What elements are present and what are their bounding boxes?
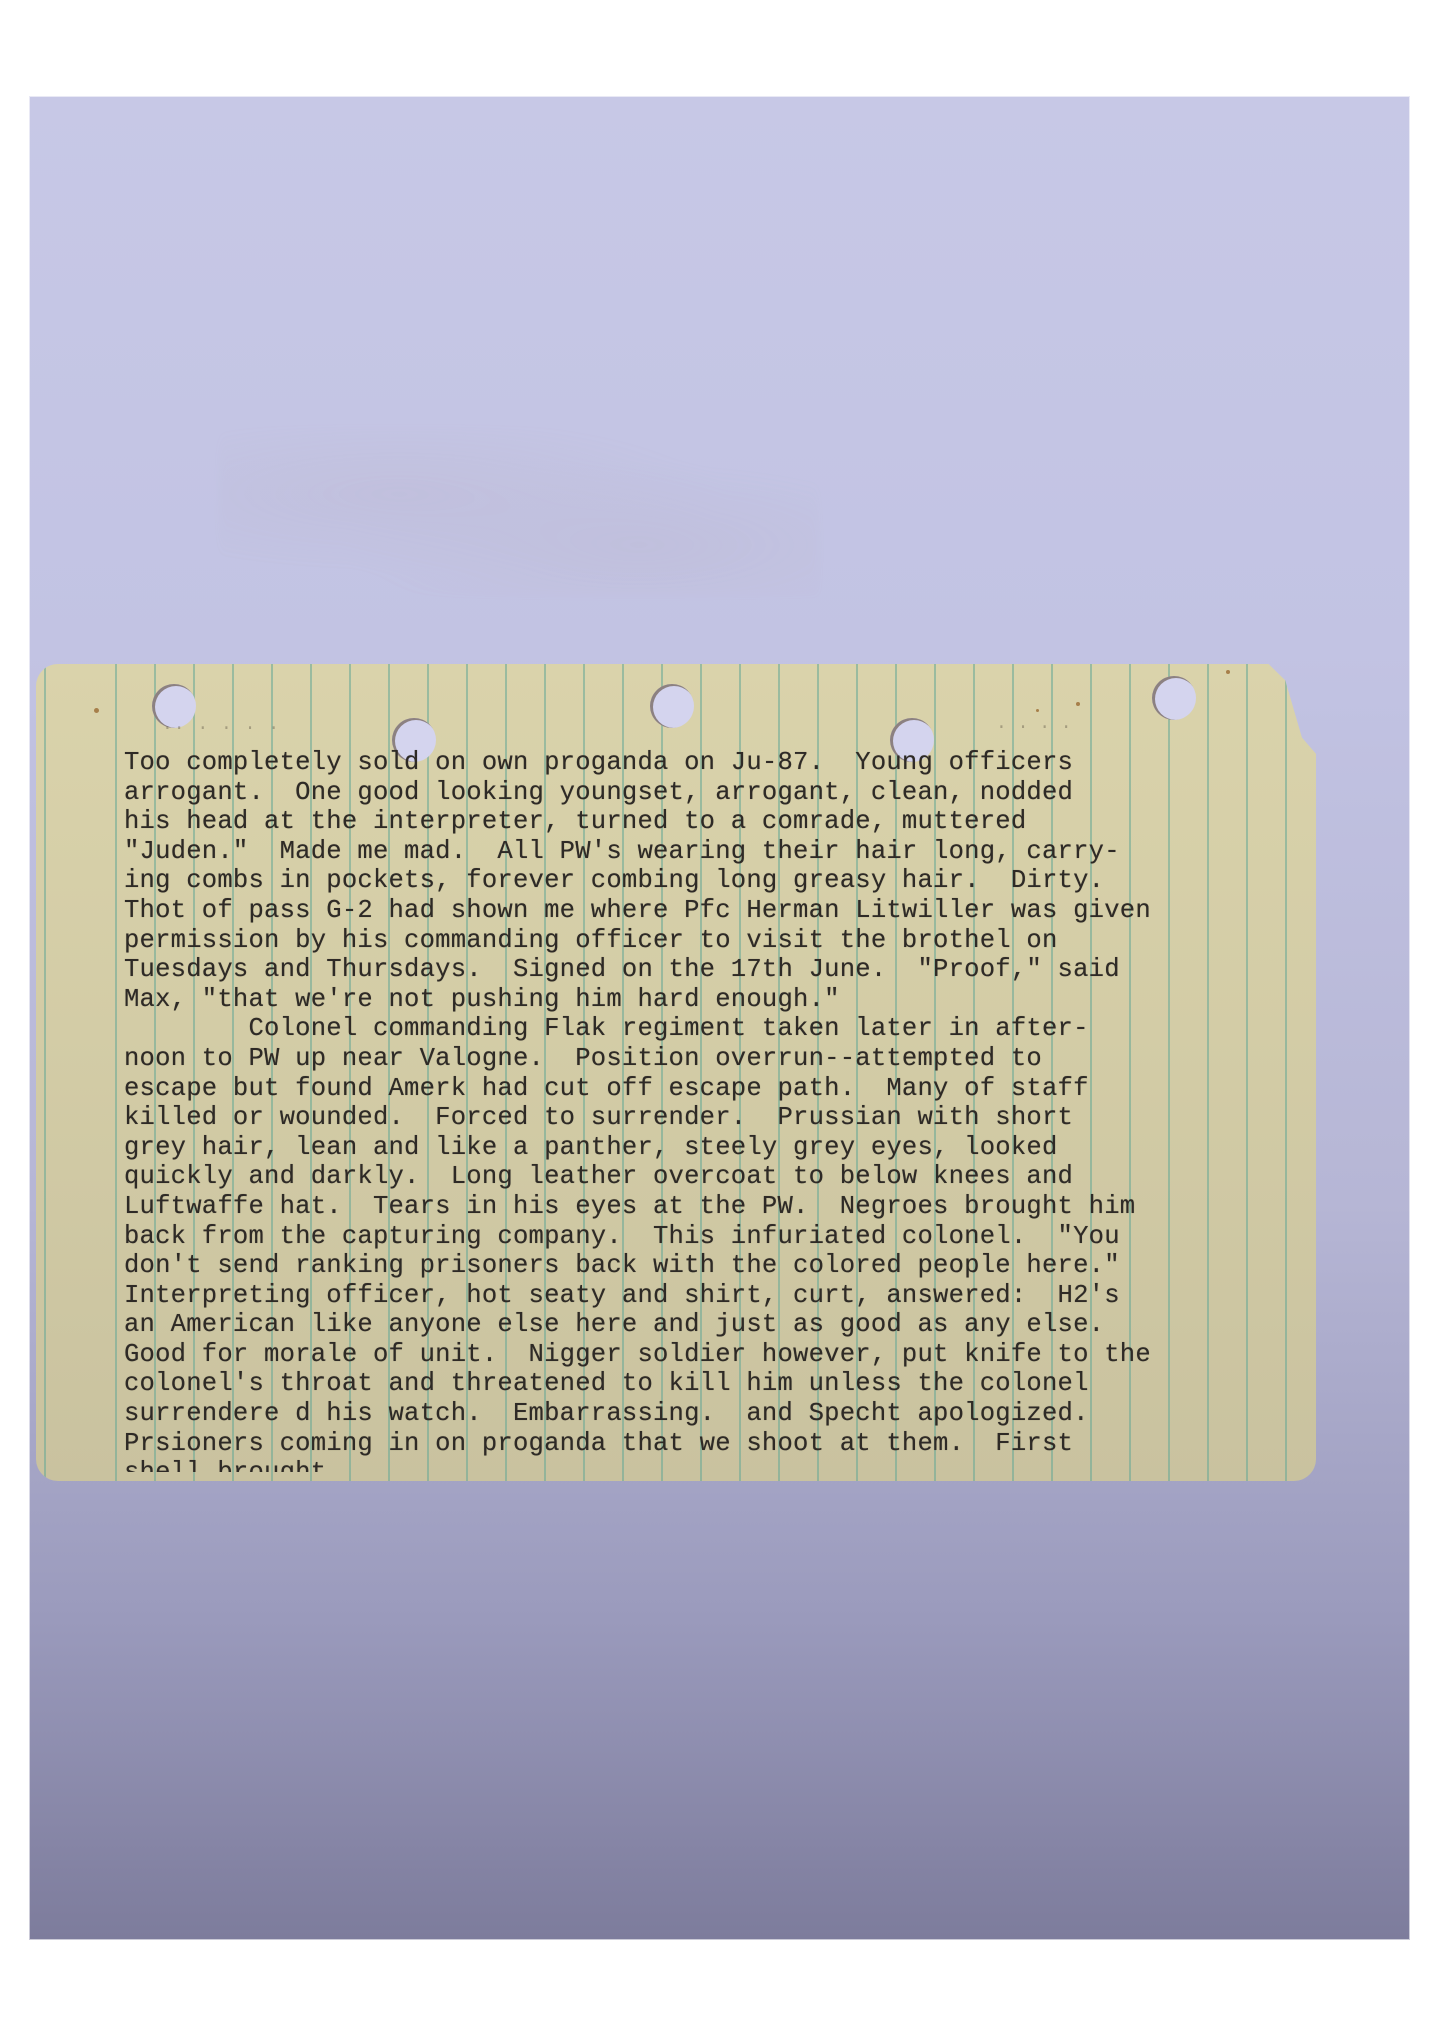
text-line: Colonel commanding Flak regiment taken l…	[124, 1014, 1316, 1044]
text-line: ing combs in pockets, forever combing lo…	[124, 866, 1316, 896]
photo-backdrop: ·· · · · · · · · · Too completely sold o…	[29, 96, 1410, 1940]
faint-heading: ·· · · · ·	[162, 719, 280, 739]
text-line: Prsioners coming in on proganda that we …	[124, 1429, 1316, 1459]
text-line: permission by his commanding officer to …	[124, 926, 1316, 956]
faint-heading-right: · · · ·	[996, 718, 1072, 738]
text-line: colonel's throat and threatened to kill …	[124, 1369, 1316, 1399]
text-line: don't send ranking prisoners back with t…	[124, 1251, 1316, 1281]
index-card: ·· · · · · · · · · Too completely sold o…	[36, 664, 1316, 1481]
punch-hole-3	[650, 684, 694, 728]
text-line: noon to PW up near Valogne. Position ove…	[124, 1044, 1316, 1074]
typewritten-body: Too completely sold on own proganda on J…	[124, 748, 1316, 1472]
text-line: surrendere d his watch. Embarrassing. an…	[124, 1399, 1316, 1429]
text-line: Too completely sold on own proganda on J…	[124, 748, 1316, 778]
text-line: back from the capturing company. This in…	[124, 1222, 1316, 1252]
bleed-through-text	[219, 426, 819, 596]
text-line: Luftwaffe hat. Tears in his eyes at the …	[124, 1192, 1316, 1222]
text-line: "Juden." Made me mad. All PW's wearing t…	[124, 837, 1316, 867]
rust-spot	[94, 708, 99, 713]
text-line: quickly and darkly. Long leather overcoa…	[124, 1162, 1316, 1192]
text-line: Thot of pass G-2 had shown me where Pfc …	[124, 896, 1316, 926]
text-line: killed or wounded. Forced to surrender. …	[124, 1103, 1316, 1133]
text-line: his head at the interpreter, turned to a…	[124, 807, 1316, 837]
text-line: Good for morale of unit. Nigger soldier …	[124, 1340, 1316, 1370]
text-line: Tuesdays and Thursdays. Signed on the 17…	[124, 955, 1316, 985]
text-line: an American like anyone else here and ju…	[124, 1310, 1316, 1340]
text-line: Interpreting officer, hot seaty and shir…	[124, 1281, 1316, 1311]
rust-spot	[1226, 670, 1230, 674]
text-line: grey hair, lean and like a panther, stee…	[124, 1133, 1316, 1163]
rust-spot	[1036, 709, 1039, 712]
text-line: shell brought	[124, 1458, 1316, 1472]
punch-hole-5	[1152, 676, 1196, 720]
text-line: Max, "that we're not pushing him hard en…	[124, 985, 1316, 1015]
text-line: escape but found Amerk had cut off escap…	[124, 1074, 1316, 1104]
text-line: arrogant. One good looking youngset, arr…	[124, 778, 1316, 808]
rust-spot	[1076, 702, 1080, 706]
